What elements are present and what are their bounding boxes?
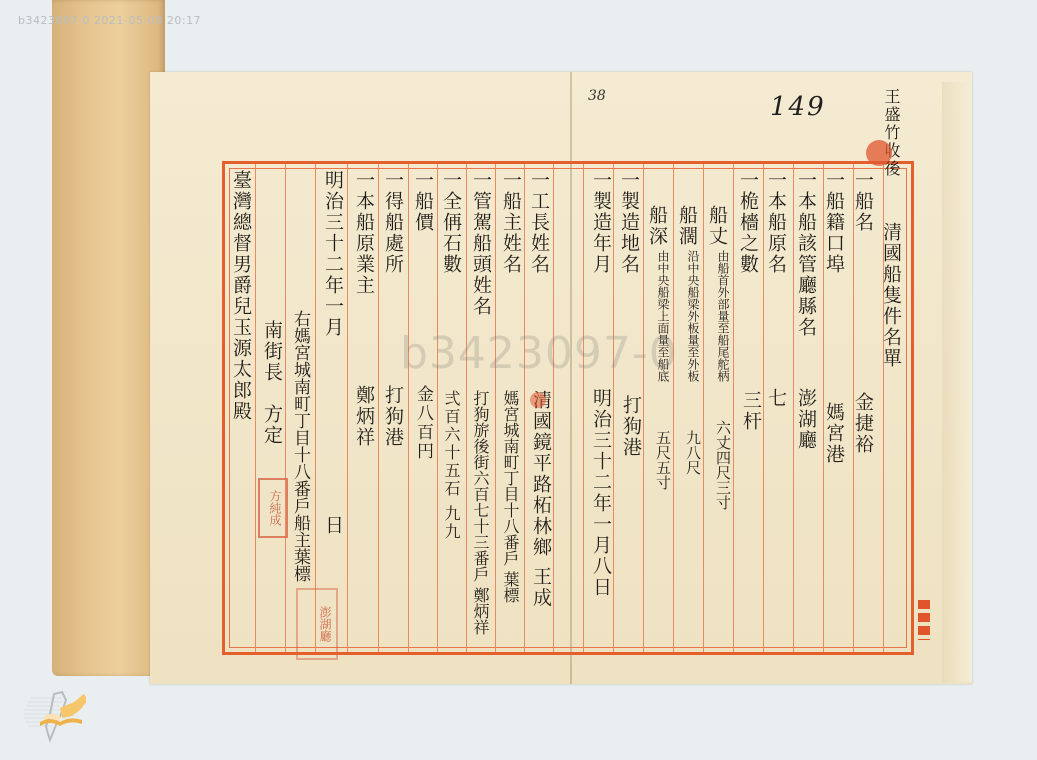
field-label: 一得船處所 — [382, 170, 404, 275]
field-label: 一管駕船頭姓名 — [470, 170, 492, 317]
field-value: 清國鏡平路柘林鄉 王成 — [530, 390, 552, 608]
applicant-line: 右媽宮城南町丁目十八番戶船主葉標 — [290, 310, 310, 582]
date-line: 明治三十二年一月 — [322, 170, 344, 338]
field-value: 媽宮港 — [823, 402, 845, 465]
field-value: 七 — [765, 388, 787, 409]
field-value: 明治三十二年一月八日 — [590, 388, 612, 598]
field-value: 鄭炳祥 — [353, 385, 375, 448]
field-note: 由船首外部量至船尾舵柄 — [712, 250, 734, 382]
field-label: 一全侢石數 — [440, 170, 462, 275]
field-value: 金八百円 — [412, 385, 434, 461]
folio-number: 38 — [588, 88, 606, 104]
street-chief: 南街長 方定 — [261, 320, 283, 446]
field-note: 沿中央船梁外板量至外板 — [682, 250, 704, 382]
field-value: 金捷裕 — [852, 392, 874, 455]
document-title: 清國船隻件名單 — [880, 222, 902, 369]
field-label: 一製造年月 — [590, 170, 612, 275]
field-value: 打狗港 — [382, 385, 404, 448]
field-label: 一工長姓名 — [528, 170, 550, 275]
field-value: 五尺五寸 — [652, 430, 674, 490]
binding-strip — [52, 0, 165, 676]
field-value: 六丈四尺三寸 — [712, 420, 734, 510]
red-seal-icon — [866, 140, 892, 166]
field-label: 一本船原名 — [765, 170, 787, 275]
small-seal-icon — [530, 392, 546, 408]
field-label: 船濶 — [676, 205, 698, 247]
field-label: 一船籍口埠 — [823, 170, 845, 275]
field-value: 九八尺 — [682, 430, 704, 475]
field-label: 一本船原業主 — [353, 170, 375, 296]
archive-logo-icon — [14, 686, 86, 746]
center-watermark: b3423097-0 — [400, 328, 678, 379]
field-value: 打狗港 — [620, 395, 642, 458]
date-day: 日 — [322, 515, 344, 536]
field-value: 打狗旂後街六百七十三番戶 鄭炳祥 — [470, 390, 490, 635]
addressee: 臺灣總督男爵兒玉源太郎殿 — [230, 170, 252, 422]
field-value: 澎湖廳 — [795, 388, 817, 451]
field-label: 船丈 — [706, 205, 728, 247]
field-value: 弍百六十五石 九九 — [440, 390, 462, 541]
page-number: 149 — [770, 92, 826, 122]
personal-seal-icon: 方純成 — [258, 478, 288, 538]
field-label: 一船名 — [852, 170, 874, 233]
archive-id-watermark: b3423097-0 2021-05-08 20:17 — [18, 14, 201, 27]
field-label: 一製造地名 — [618, 170, 640, 275]
field-label: 船深 — [646, 205, 668, 247]
margin-stamp-icon — [918, 600, 930, 640]
field-label: 一船價 — [412, 170, 434, 233]
field-value: 媽宮城南町丁目十八番戶 葉標 — [500, 390, 520, 603]
field-label: 一桅檣之數 — [737, 170, 759, 275]
field-value: 三杆 — [740, 390, 762, 432]
sheet-edge — [942, 82, 972, 682]
field-label: 一本船該管廳縣名 — [795, 170, 817, 338]
field-label: 一船主姓名 — [500, 170, 522, 275]
office-stamp-icon: 澎湖廳 — [296, 588, 338, 660]
